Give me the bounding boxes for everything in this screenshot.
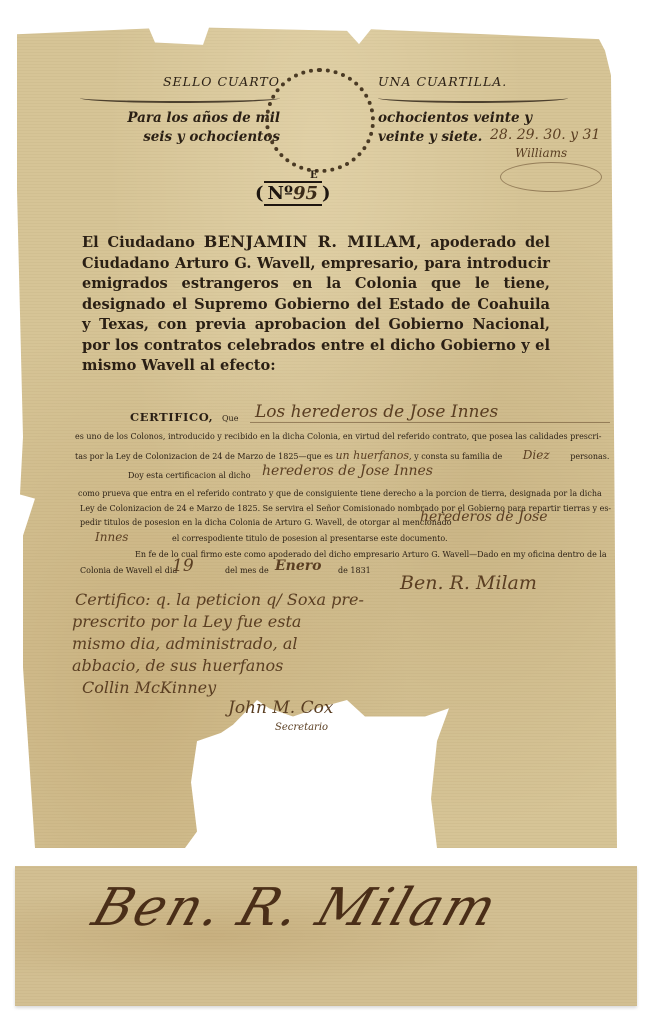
year-prefix: de 18 [338,566,361,575]
annotation-line5: Collin McKinney [82,678,216,697]
flourish-ornament [378,93,568,103]
annotation-line3: mismo dia, administrado, al [72,634,297,653]
hw-month: Enero [275,558,321,574]
body-name: BENJAMIN R. MILAM [204,232,417,251]
signature-flourish [500,162,602,192]
header-left-line1: Para los años de mil [80,109,280,128]
hw-heirs-1: Los herederos de Jose Innes [255,402,498,422]
cert-line10b: del mes de [225,566,269,576]
annotation-line1: Certifico: q. la peticion q/ Soxa pre- [75,590,364,609]
number-value: 95 [293,183,318,204]
hw-status: un huerfanos [335,449,409,462]
handwritten-years: 28. 29. 30. y 31 [490,127,600,143]
annotation-line2: prescrito por la Ley fue esta [72,612,301,631]
cert-line9: En fe de lo cual firmo este como apodera… [135,550,607,560]
cert-line2: es uno de los Colonos, introducido y rec… [75,432,601,442]
stamp-title-right: UNA CUARTILLA. [378,72,618,91]
document-number: (Nº95) [255,183,331,204]
header-left-block: SELLO CUARTO Para los años de mil seis y… [80,72,280,147]
header-right-line2-text: veinte y siete. [378,129,482,145]
stamp-title-left: SELLO CUARTO [80,72,280,91]
cert-line3a: tas por la Ley de Colonizacion de 24 de … [75,452,333,461]
seal-letter: E [310,170,318,181]
certifico-label: CERTIFICO, [130,410,213,424]
cert-line10c: de 1831 [338,566,371,576]
cert-line8: el correspodiente titulo de posesion al … [172,534,448,544]
annotation-sub-signature: Secretario [275,722,328,733]
hw-heirs-3: herederos de Jose [420,509,548,525]
header-left-line2: seis y ochocientos [80,128,280,147]
cert-line10a: Colonia de Wavell el dia [80,566,177,576]
header-right-line1: ochocientos veinte y [378,109,618,128]
number-label: Nº [268,183,293,204]
detail-signature: Ben. R. Milam [85,878,505,938]
hw-day: 19 [172,556,194,576]
flourish-ornament [80,93,280,103]
hw-innes: Innes [95,530,128,544]
hw-heirs-2: herederos de Jose Innes [262,463,433,479]
cert-line3c: personas. [570,452,609,461]
body-paragraph: El Ciudadano BENJAMIN R. MILAM, apoderad… [82,232,550,377]
hw-family: Diez [505,448,568,462]
body-intro: El Ciudadano [82,234,195,251]
embossed-seal-icon [265,68,375,173]
annotation-line4: abbacio, de sus huerfanos [72,656,283,675]
cert-line5: como prueva que entra en el referido con… [78,489,602,499]
cert-line7: pedir titulos de posesion en la dicha Co… [80,518,452,528]
hw-milam-signature: Ben. R. Milam [400,572,537,594]
hw-year: 31 [361,566,371,575]
cert-line3: tas por la Ley de Colonizacion de 24 de … [75,450,609,462]
body-text: , apoderado del Ciudadano Arturo G. Wave… [82,234,550,374]
cert-line4: Doy esta certificacion al dicho [128,471,251,481]
fill-line [250,422,610,423]
certifico-que: Que [222,414,238,424]
handwritten-williams-signature: Williams [515,146,567,160]
annotation-signature: John M. Cox [228,698,333,718]
cert-line3b: , y consta su familia de [409,452,502,461]
